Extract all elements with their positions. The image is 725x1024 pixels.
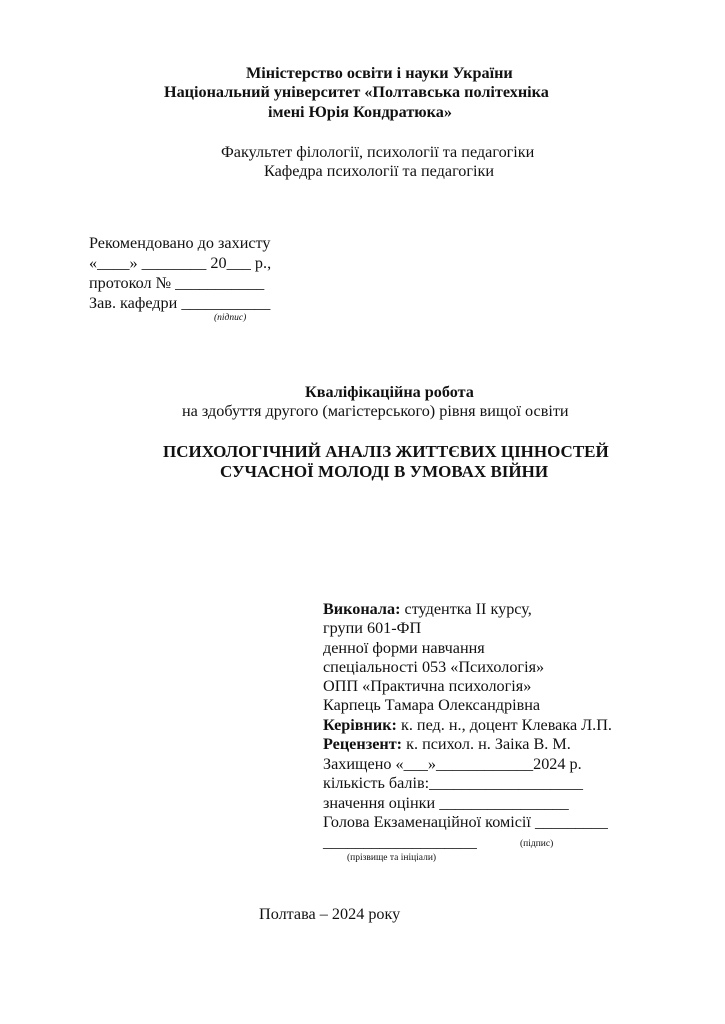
recommendation-head-signature-field: Зав. кафедри ___________ [89, 294, 270, 314]
specialty: спеціальності 053 «Психологія» [323, 658, 544, 678]
study-form: денної форми навчання [323, 639, 485, 659]
student-group: групи 601-ФП [323, 619, 421, 639]
grade-field: значення оцінки ________________ [323, 794, 569, 814]
university-name-line1: Національний університет «Полтавська пол… [164, 83, 549, 103]
signature-caption: (підпис) [214, 313, 246, 323]
performed-by: Виконала: студентка ІІ курсу, [323, 600, 532, 620]
defended-date-field: Захищено «___»____________2024 р. [323, 755, 582, 775]
university-name-line2: імені Юрія Кондратюка» [268, 103, 452, 123]
recommendation-date-field: «____» ________ 20___ р., [89, 254, 271, 274]
reviewer-value: к. психол. н. Заіка В. М. [402, 735, 571, 753]
name-caption: (прізвище та ініціали) [347, 853, 436, 863]
recommendation-protocol-field: протокол № ___________ [89, 274, 264, 294]
reviewer: Рецензент: к. психол. н. Заіка В. М. [323, 735, 571, 755]
performed-value: студентка ІІ курсу, [400, 600, 531, 618]
thesis-title-line1: ПСИХОЛОГІЧНИЙ АНАЛІЗ ЖИТТЄВИХ ЦІННОСТЕЙ [163, 441, 609, 462]
city-year: Полтава – 2024 року [259, 905, 400, 925]
thesis-title-line2: СУЧАСНОЇ МОЛОДІ В УМОВАХ ВІЙНИ [220, 461, 548, 482]
supervisor: Керівник: к. пед. н., доцент Клевака Л.П… [323, 716, 612, 736]
commission-head-field: Голова Екзаменаційної комісії _________ [323, 813, 608, 833]
recommendation-line1: Рекомендовано до захисту [89, 234, 271, 254]
educational-program: ОПП «Практична психологія» [323, 677, 531, 697]
supervisor-value: к. пед. н., доцент Клевака Л.П. [397, 716, 612, 734]
points-field: кількість балів:___________________ [323, 774, 583, 794]
degree-line: на здобуття другого (магістерського) рів… [182, 402, 569, 422]
ministry-heading: Міністерство освіти і науки України [246, 64, 513, 84]
faculty-name: Факультет філології, психології та педаг… [221, 143, 534, 163]
work-type: Кваліфікаційна робота [305, 383, 474, 403]
commission-signature-caption: (підпис) [520, 839, 553, 849]
department-name: Кафедра психології та педагогіки [264, 162, 494, 182]
name-line-field: ___________________ [323, 833, 477, 853]
student-name: Карпець Тамара Олександрівна [323, 696, 540, 716]
reviewer-label: Рецензент: [323, 735, 402, 753]
performed-label: Виконала: [323, 600, 400, 618]
supervisor-label: Керівник: [323, 716, 397, 734]
